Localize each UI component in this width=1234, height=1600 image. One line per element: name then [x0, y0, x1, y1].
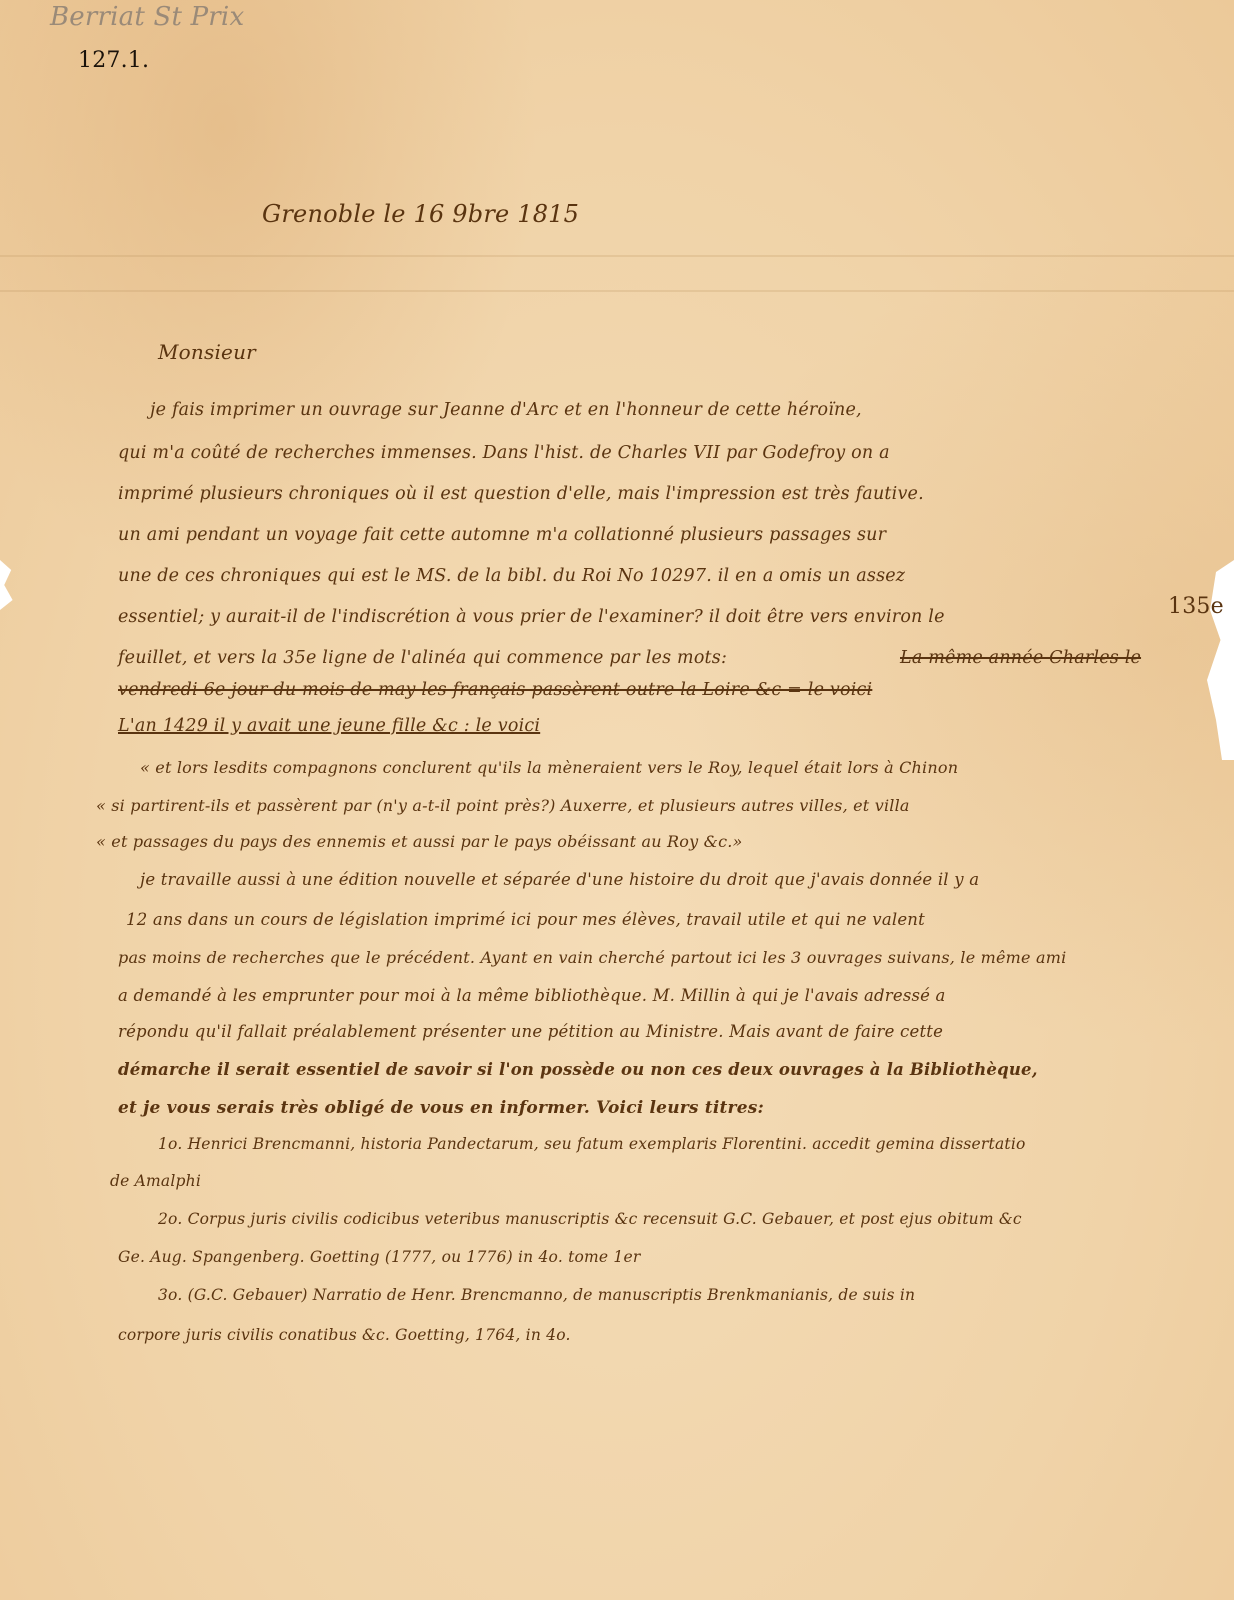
- reference-number: 127.1.: [78, 48, 149, 73]
- body-line: une de ces chroniques qui est le MS. de …: [118, 566, 905, 586]
- body2-line: démarche il serait essentiel de savoir s…: [118, 1060, 1038, 1079]
- title-entry: 1o. Henrici Brencmanni, historia Pandect…: [158, 1135, 1026, 1153]
- struck-text: La même année Charles le: [900, 648, 1141, 668]
- torn-edge-left: [0, 560, 14, 610]
- letter-page: Berriat St Prix 127.1. Grenoble le 16 9b…: [0, 0, 1234, 1600]
- margin-note: 135e: [1168, 594, 1224, 619]
- paper-fold: [0, 290, 1234, 292]
- body2-line: répondu qu'il fallait préalablement prés…: [118, 1022, 943, 1041]
- paper-fold: [0, 255, 1234, 257]
- pencil-note: Berriat St Prix: [50, 2, 244, 32]
- body-line: je fais imprimer un ouvrage sur Jeanne d…: [150, 400, 862, 420]
- body-line: essentiel; y aurait-il de l'indiscrétion…: [118, 607, 945, 627]
- underlined-line: L'an 1429 il y avait une jeune fille &c …: [118, 716, 540, 736]
- title-entry: Ge. Aug. Spangenberg. Goetting (1777, ou…: [118, 1248, 640, 1266]
- title-entry: 3o. (G.C. Gebauer) Narratio de Henr. Bre…: [158, 1286, 915, 1304]
- body-line: un ami pendant un voyage fait cette auto…: [118, 525, 886, 545]
- title-entry: corpore juris civilis conatibus &c. Goet…: [118, 1326, 571, 1344]
- torn-edge-right: [1204, 560, 1234, 760]
- struck-text: vendredi 6e jour du mois de may les fran…: [118, 680, 872, 700]
- body2-line: 12 ans dans un cours de législation impr…: [126, 910, 925, 929]
- quote-line: « et lors lesdits compagnons conclurent …: [140, 758, 958, 777]
- body-line: feuillet, et vers la 35e ligne de l'alin…: [118, 648, 727, 668]
- quote-line: « si partirent-ils et passèrent par (n'y…: [96, 796, 910, 815]
- body2-line: et je vous serais très obligé de vous en…: [118, 1098, 764, 1118]
- quote-line: « et passages du pays des ennemis et aus…: [96, 832, 743, 851]
- body2-line: je travaille aussi à une édition nouvell…: [140, 870, 979, 889]
- body-line: imprimé plusieurs chroniques où il est q…: [118, 484, 924, 504]
- salutation: Monsieur: [158, 340, 256, 364]
- title-entry: 2o. Corpus juris civilis codicibus veter…: [158, 1210, 1022, 1228]
- body-line: qui m'a coûté de recherches immenses. Da…: [118, 443, 890, 463]
- body2-line: pas moins de recherches que le précédent…: [118, 948, 1066, 967]
- title-entry: de Amalphi: [110, 1172, 201, 1190]
- body2-line: a demandé à les emprunter pour moi à la …: [118, 986, 946, 1005]
- place-date: Grenoble le 16 9bre 1815: [262, 200, 579, 228]
